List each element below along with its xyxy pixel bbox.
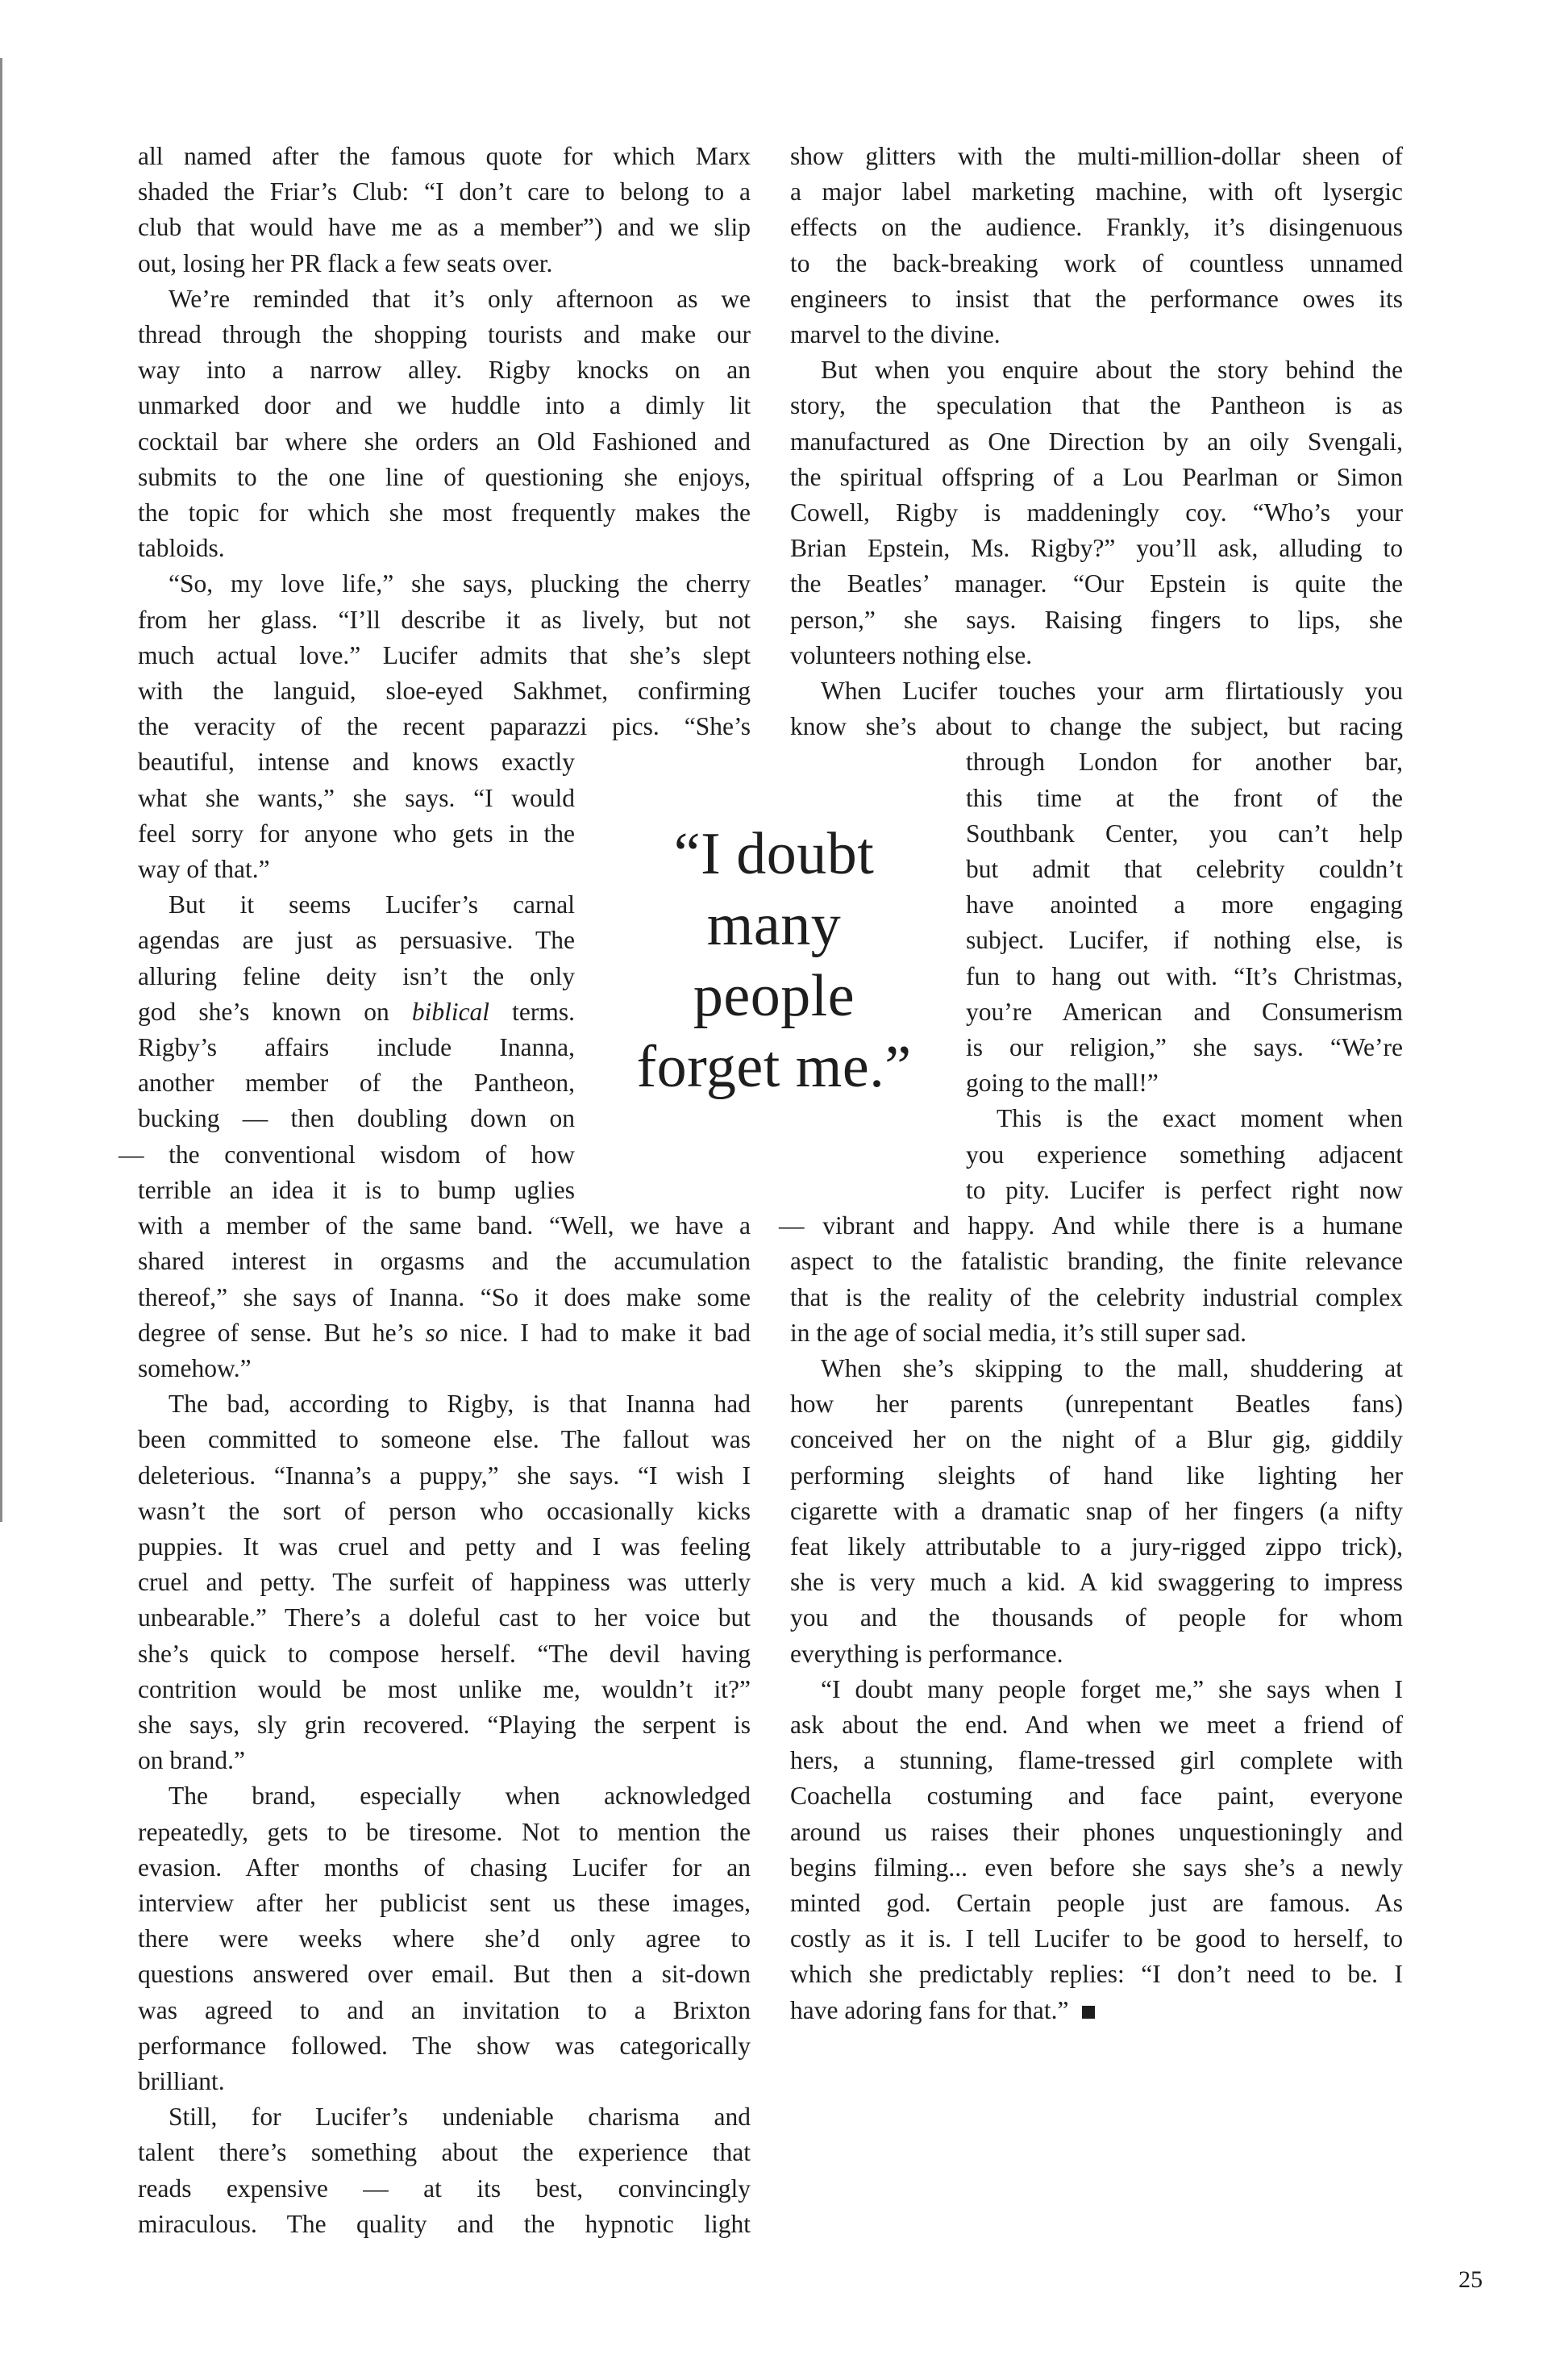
text-line: talent there’s something about the exper… bbox=[138, 2135, 751, 2170]
italic-word: so bbox=[425, 1319, 447, 1347]
text-line: that is the reality of the celebrity ind… bbox=[790, 1280, 1403, 1315]
text-line: cigarette with a dramatic snap of her fi… bbox=[790, 1494, 1403, 1529]
text-line: submits to the one line of questioning s… bbox=[138, 460, 751, 495]
text-line: Southbank Center, you can’t help bbox=[966, 816, 1403, 852]
text-line: feat likely attributable to a jury-rigge… bbox=[790, 1529, 1403, 1565]
text-line: subject. Lucifer, if nothing else, is bbox=[966, 923, 1403, 958]
text-line: the spiritual offspring of a Lou Pearlma… bbox=[790, 460, 1403, 495]
text-line: alluring feline deity isn’t the only bbox=[138, 959, 575, 994]
text-line: through London for another bar, bbox=[966, 744, 1403, 780]
text-line: was agreed to and an invitation to a Bri… bbox=[138, 1993, 751, 2028]
end-of-article-square-icon bbox=[1082, 2006, 1095, 2019]
text-line: miraculous. The quality and the hypnotic… bbox=[138, 2207, 751, 2242]
text-line: thereof,” she says of Inanna. “So it doe… bbox=[138, 1280, 751, 1315]
text-line: — the conventional wisdom of how bbox=[119, 1137, 575, 1173]
text-line: the topic for which she most frequently … bbox=[138, 495, 751, 531]
text-line: cocktail bar where she orders an Old Fas… bbox=[138, 424, 751, 460]
text-line: effects on the audience. Frankly, it’s d… bbox=[790, 210, 1403, 245]
text-line: deleterious. “Inanna’s a puppy,” she say… bbox=[138, 1458, 751, 1494]
text-line: on brand.” bbox=[138, 1743, 751, 1778]
text-line: agendas are just as persuasive. The bbox=[138, 923, 575, 958]
text-line: Coachella costuming and face paint, ever… bbox=[790, 1778, 1403, 1814]
text-line: When she’s skipping to the mall, shudder… bbox=[821, 1351, 1403, 1386]
text-line: to the back-breaking work of countless u… bbox=[790, 246, 1403, 281]
text-line: she is very much a kid. A kid swaggering… bbox=[790, 1565, 1403, 1600]
text-line: thread through the shopping tourists and… bbox=[138, 317, 751, 352]
text-line: costly as it is. I tell Lucifer to be go… bbox=[790, 1921, 1403, 1957]
text-line: she says, sly grin recovered. “Playing t… bbox=[138, 1707, 751, 1743]
text-line: what she wants,” she says. “I would bbox=[138, 781, 575, 816]
text-line: questions answered over email. But then … bbox=[138, 1957, 751, 1992]
text-line: But it seems Lucifer’s carnal bbox=[169, 887, 575, 923]
text-line: how her parents (unrepentant Beatles fan… bbox=[790, 1386, 1403, 1422]
text-line: you experience something adjacent bbox=[966, 1137, 1403, 1173]
text-line: shaded the Friar’s Club: “I don’t care t… bbox=[138, 174, 751, 210]
text-line: terrible an idea it is to bump uglies bbox=[138, 1173, 575, 1208]
text-line: Cowell, Rigby is maddeningly coy. “Who’s… bbox=[790, 495, 1403, 531]
text-line: you and the thousands of people for whom bbox=[790, 1600, 1403, 1636]
text-line: know she’s about to change the subject, … bbox=[790, 709, 1403, 744]
text-line: tabloids. bbox=[138, 531, 751, 566]
text-line: “I doubt many people forget me,” she say… bbox=[821, 1672, 1403, 1707]
text-line: evasion. After months of chasing Lucifer… bbox=[138, 1850, 751, 1886]
text-line: with a member of the same band. “Well, w… bbox=[138, 1208, 751, 1244]
text-line: around us raises their phones unquestion… bbox=[790, 1815, 1403, 1850]
article-column-right: show glitters with the multi-million-dol… bbox=[790, 139, 1403, 2028]
text-line: hers, a stunning, flame-tressed girl com… bbox=[790, 1743, 1403, 1778]
text-line: — vibrant and happy. And while there is … bbox=[779, 1208, 1403, 1244]
text-line: marvel to the divine. bbox=[790, 317, 1403, 352]
text-line: unmarked door and we huddle into a dimly… bbox=[138, 388, 751, 423]
text-line: another member of the Pantheon, bbox=[138, 1065, 575, 1101]
text-line: Brian Epstein, Ms. Rigby?” you’ll ask, a… bbox=[790, 531, 1403, 566]
text-line: this time at the front of the bbox=[966, 781, 1403, 816]
text-line: you’re American and Consumerism bbox=[966, 994, 1403, 1030]
text-line: performance followed. The show was categ… bbox=[138, 2028, 751, 2064]
text-line: “So, my love life,” she says, plucking t… bbox=[169, 566, 751, 602]
text-line: begins filming... even before she says s… bbox=[790, 1850, 1403, 1886]
text-line: god she’s known on biblical terms. bbox=[138, 994, 575, 1030]
text-line: interview after her publicist sent us th… bbox=[138, 1886, 751, 1921]
text-line: out, losing her PR flack a few seats ove… bbox=[138, 246, 751, 281]
text-line: reads expensive — at its best, convincin… bbox=[138, 2171, 751, 2207]
text-line: repeatedly, gets to be tiresome. Not to … bbox=[138, 1815, 751, 1850]
italic-word: biblical bbox=[412, 998, 489, 1026]
text-line: fun to hang out with. “It’s Christmas, bbox=[966, 959, 1403, 994]
text-line: volunteers nothing else. bbox=[790, 638, 1403, 673]
text-line: way of that.” bbox=[138, 852, 575, 887]
text-line: beautiful, intense and knows exactly bbox=[138, 744, 575, 780]
text-line: which she predictably replies: “I don’t … bbox=[790, 1957, 1403, 1992]
text-line: she’s quick to compose herself. “The dev… bbox=[138, 1636, 751, 1672]
text-line: degree of sense. But he’s so nice. I had… bbox=[138, 1315, 751, 1351]
text-line: but admit that celebrity couldn’t bbox=[966, 852, 1403, 887]
text-line: the veracity of the recent paparazzi pic… bbox=[138, 709, 751, 744]
text-line: in the age of social media, it’s still s… bbox=[790, 1315, 1403, 1351]
text-line: The bad, according to Rigby, is that Ina… bbox=[169, 1386, 751, 1422]
text-line: story, the speculation that the Pantheon… bbox=[790, 388, 1403, 423]
text-line: way into a narrow alley. Rigby knocks on… bbox=[138, 352, 751, 388]
text-line: puppies. It was cruel and petty and I wa… bbox=[138, 1529, 751, 1565]
text-line: bucking — then doubling down on bbox=[138, 1101, 575, 1136]
text-line: shared interest in orgasms and the accum… bbox=[138, 1244, 751, 1279]
text-line: brilliant. bbox=[138, 2064, 751, 2099]
text-line: everything is performance. bbox=[790, 1636, 1403, 1672]
text-line: ask about the end. And when we meet a fr… bbox=[790, 1707, 1403, 1743]
text-line: club that would have me as a member”) an… bbox=[138, 210, 751, 245]
text-line: performing sleights of hand like lightin… bbox=[790, 1458, 1403, 1494]
text-line: manufactured as One Direction by an oily… bbox=[790, 424, 1403, 460]
text-line: there were weeks where she’d only agree … bbox=[138, 1921, 751, 1957]
text-line: all named after the famous quote for whi… bbox=[138, 139, 751, 174]
text-line: have anointed a more engaging bbox=[966, 887, 1403, 923]
text-line: somehow.” bbox=[138, 1351, 751, 1386]
text-line: unbearable.” There’s a doleful cast to h… bbox=[138, 1600, 751, 1636]
article-column-left: all named after the famous quote for whi… bbox=[138, 139, 751, 2242]
text-line: person,” she says. Raising fingers to li… bbox=[790, 602, 1403, 638]
text-line: minted god. Certain people just are famo… bbox=[790, 1886, 1403, 1921]
text-line: This is the exact moment when bbox=[966, 1101, 1403, 1136]
text-line: going to the mall!” bbox=[966, 1065, 1403, 1101]
text-line: the Beatles’ manager. “Our Epstein is qu… bbox=[790, 566, 1403, 602]
text-line: is our religion,” she says. “We’re bbox=[966, 1030, 1403, 1065]
text-line: conceived her on the night of a Blur gig… bbox=[790, 1422, 1403, 1457]
text-line: a major label marketing machine, with of… bbox=[790, 174, 1403, 210]
text-line: to pity. Lucifer is perfect right now bbox=[966, 1173, 1403, 1208]
text-line: engineers to insist that the performance… bbox=[790, 281, 1403, 317]
text-line: aspect to the fatalistic branding, the f… bbox=[790, 1244, 1403, 1279]
page-edge-rule bbox=[0, 58, 2, 1522]
text-line: much actual love.” Lucifer admits that s… bbox=[138, 638, 751, 673]
text-line: contrition would be most unlike me, woul… bbox=[138, 1672, 751, 1707]
text-line: Still, for Lucifer’s undeniable charisma… bbox=[169, 2099, 751, 2135]
text-line: from her glass. “I’ll describe it as liv… bbox=[138, 602, 751, 638]
text-line: When Lucifer touches your arm flirtatiou… bbox=[821, 673, 1403, 709]
text-line: But when you enquire about the story beh… bbox=[821, 352, 1403, 388]
text-line: feel sorry for anyone who gets in the bbox=[138, 816, 575, 852]
text-line: with the languid, sloe-eyed Sakhmet, con… bbox=[138, 673, 751, 709]
text-line: We’re reminded that it’s only afternoon … bbox=[169, 281, 751, 317]
text-line: Rigby’s affairs include Inanna, bbox=[138, 1030, 575, 1065]
text-line: have adoring fans for that.” bbox=[790, 1993, 1403, 2028]
text-line: wasn’t the sort of person who occasional… bbox=[138, 1494, 751, 1529]
text-line: The brand, especially when acknowledged bbox=[169, 1778, 751, 1814]
text-line: been committed to someone else. The fall… bbox=[138, 1422, 751, 1457]
text-line: cruel and petty. The surfeit of happines… bbox=[138, 1565, 751, 1600]
page-number: 25 bbox=[1459, 2266, 1483, 2294]
text-line: show glitters with the multi-million-dol… bbox=[790, 139, 1403, 174]
